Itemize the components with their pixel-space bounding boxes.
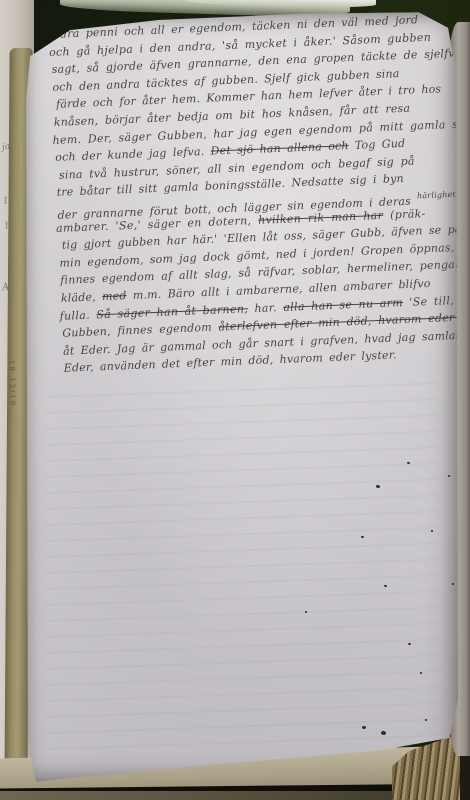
handwritten-text: härlighet — [417, 190, 456, 201]
handwritten-text: har. — [248, 300, 284, 314]
ink-speck — [452, 583, 455, 586]
ink-speck — [448, 475, 451, 478]
ink-showthrough — [46, 382, 438, 750]
manuscript-photo: ja, 14 15 A 18 12/10 edra penni och all … — [0, 0, 470, 800]
strip-scribble: 18 12/10 — [7, 360, 16, 408]
manuscript-page: edra penni och all er egendom, täcken ni… — [24, 10, 458, 782]
handwritten-text: (präk- — [383, 207, 426, 222]
handwritten-text: kläde, — [61, 290, 103, 305]
struck-text: alla han se nu arm — [283, 296, 403, 314]
handwritten-text: Tog Gud — [348, 137, 405, 152]
handwritten-text: fulla. — [59, 308, 96, 322]
struck-text: med — [102, 289, 127, 303]
handwritten-text-block: edra penni och all er egendom, täcken ni… — [50, 10, 468, 378]
